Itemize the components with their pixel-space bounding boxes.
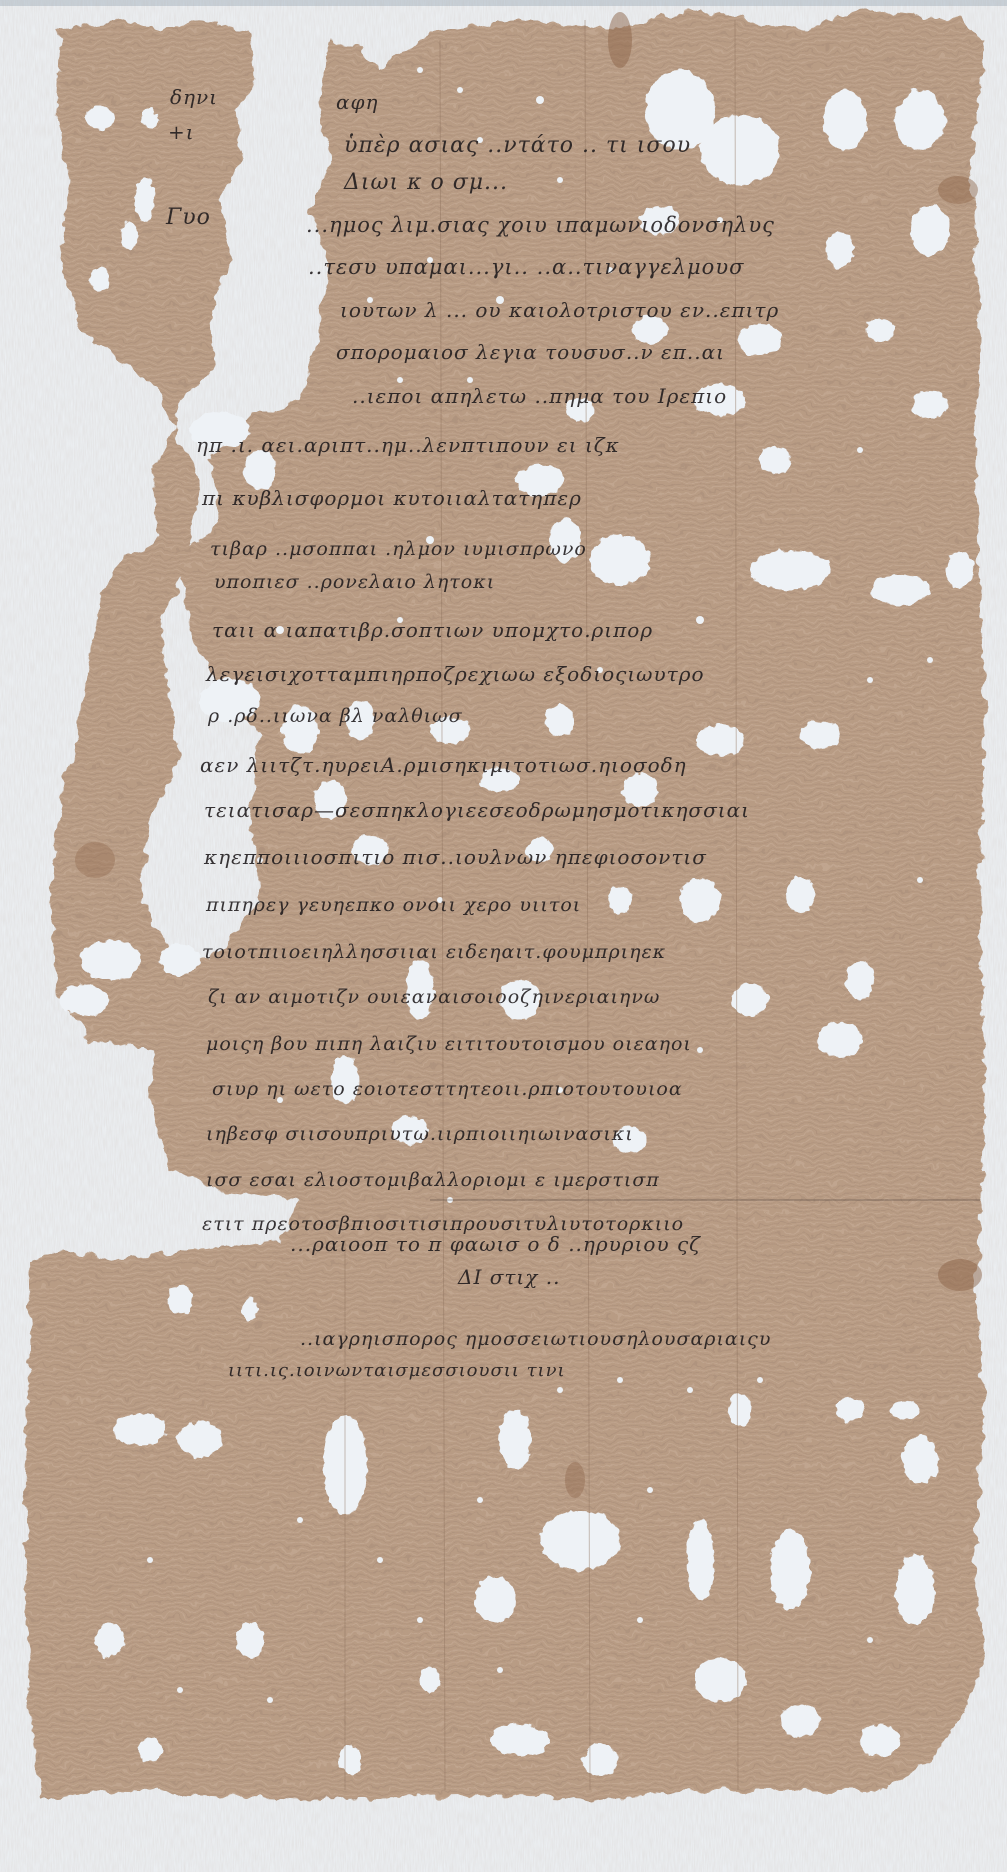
papyrus-photograph: δηνι +ι Γυο αφηὑπὲρ ασιας ..ντάτο .. τι … — [0, 0, 1007, 1872]
papyrus-sheet — [0, 0, 1007, 1872]
stain — [565, 1462, 585, 1498]
stain — [938, 176, 978, 204]
stain — [938, 1259, 982, 1291]
stain — [608, 12, 632, 68]
stain — [75, 842, 115, 878]
